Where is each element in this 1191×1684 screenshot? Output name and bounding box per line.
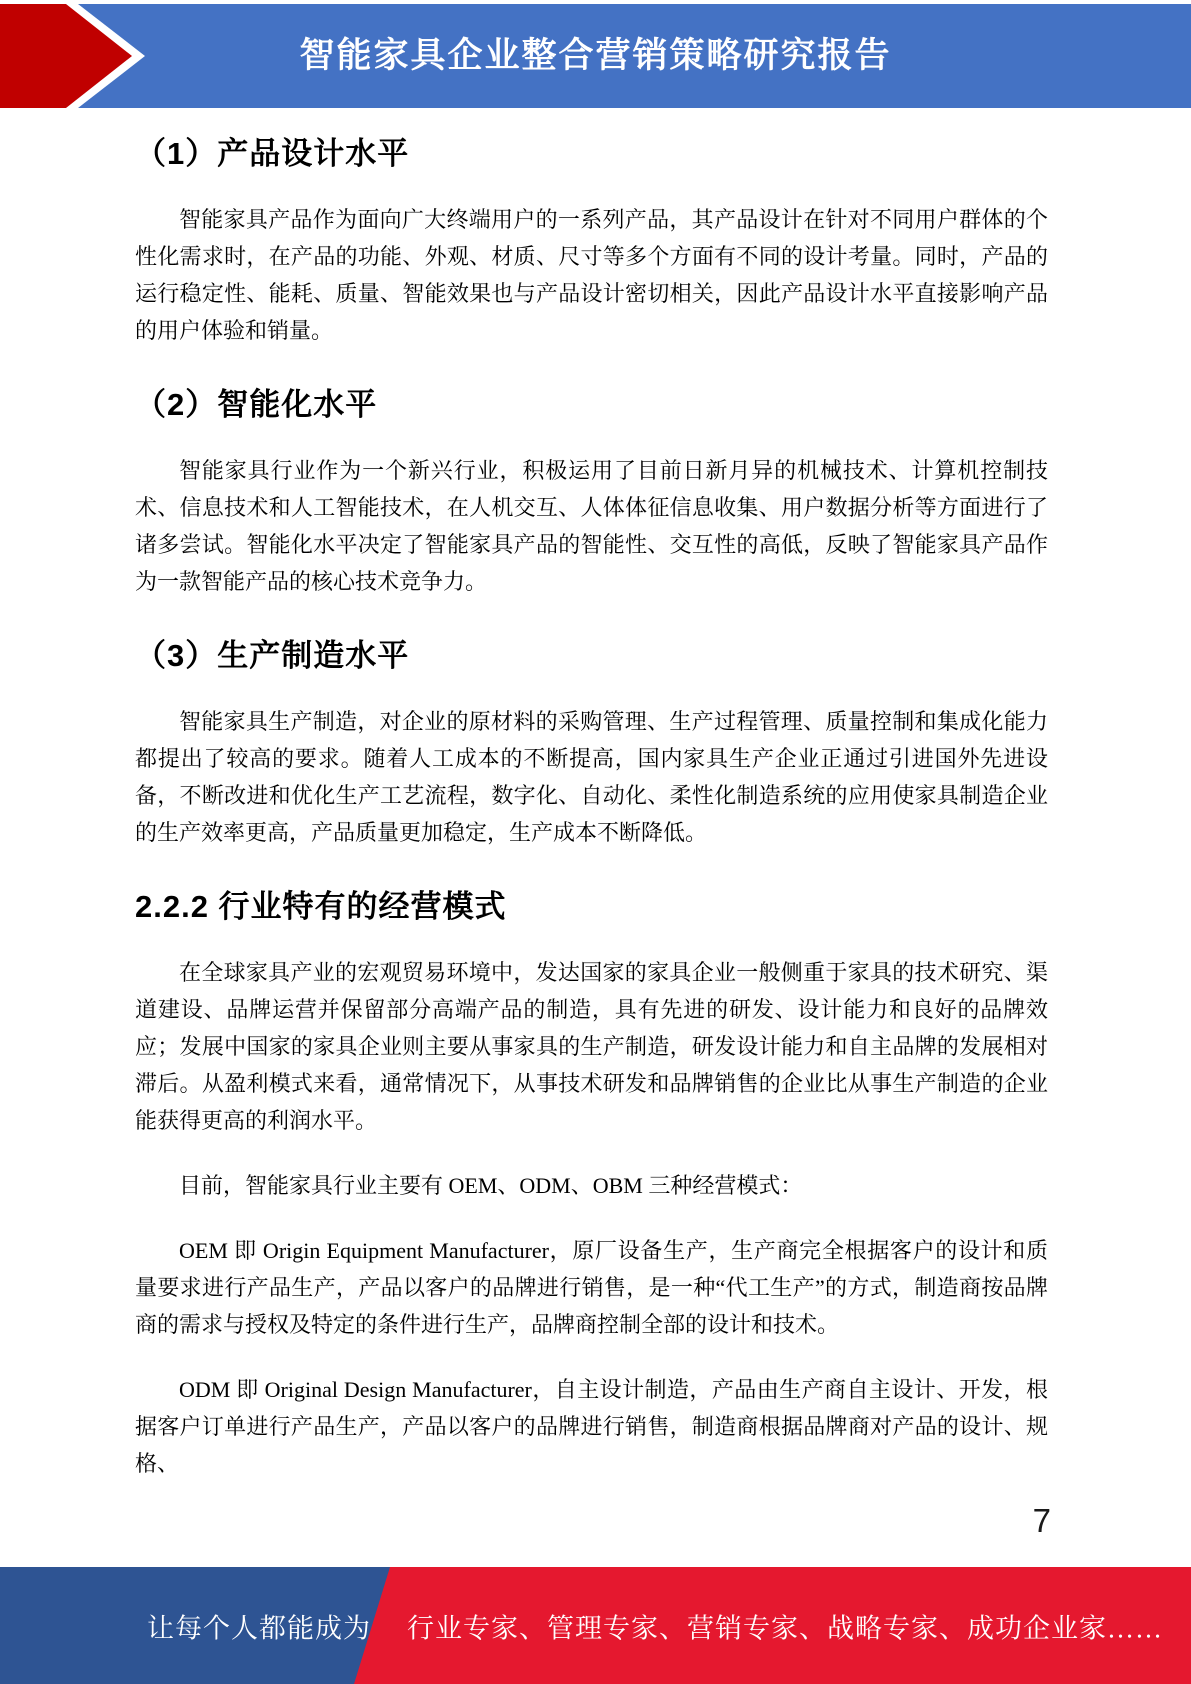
page-footer: 让每个人都能成为 行业专家、管理专家、营销专家、战略专家、成功企业家…… xyxy=(0,1567,1191,1684)
section-heading-intelligence-level: （2）智能化水平 xyxy=(135,379,1048,424)
document-content: （1）产品设计水平 智能家具产品作为面向广大终端用户的一系列产品，其产品设计在针… xyxy=(0,108,1191,1482)
paragraph-three-models-intro: 目前，智能家具行业主要有 OEM、ODM、OBM 三种经营模式： xyxy=(135,1167,1048,1204)
page-header-banner: 智能家具企业整合营销策略研究报告 xyxy=(0,4,1191,108)
paragraph-manufacturing-level: 智能家具生产制造，对企业的原材料的采购管理、生产过程管理、质量控制和集成化能力都… xyxy=(135,703,1048,851)
report-page: 智能家具企业整合营销策略研究报告 （1）产品设计水平 智能家具产品作为面向广大终… xyxy=(0,0,1191,1684)
page-number: 7 xyxy=(1033,1502,1051,1540)
footer-slogan-left: 让每个人都能成为 xyxy=(147,1606,371,1645)
paragraph-product-design: 智能家具产品作为面向广大终端用户的一系列产品，其产品设计在针对不同用户群体的个性… xyxy=(135,201,1048,349)
report-title: 智能家具企业整合营销策略研究报告 xyxy=(0,4,1191,108)
section-heading-business-models: 2.2.2 行业特有的经营模式 xyxy=(135,881,1048,926)
section-heading-product-design: （1）产品设计水平 xyxy=(135,128,1048,173)
paragraph-global-trade: 在全球家具产业的宏观贸易环境中，发达国家的家具企业一般侧重于家具的技术研究、渠道… xyxy=(135,954,1048,1139)
footer-slogan-right: 行业专家、管理专家、营销专家、战略专家、成功企业家…… xyxy=(407,1606,1163,1645)
paragraph-odm-definition: ODM 即 Original Design Manufacturer，自主设计制… xyxy=(135,1371,1048,1482)
paragraph-oem-definition: OEM 即 Origin Equipment Manufacturer，原厂设备… xyxy=(135,1232,1048,1343)
section-heading-manufacturing-level: （3）生产制造水平 xyxy=(135,630,1048,675)
paragraph-intelligence-level: 智能家具行业作为一个新兴行业，积极运用了目前日新月异的机械技术、计算机控制技术、… xyxy=(135,452,1048,600)
